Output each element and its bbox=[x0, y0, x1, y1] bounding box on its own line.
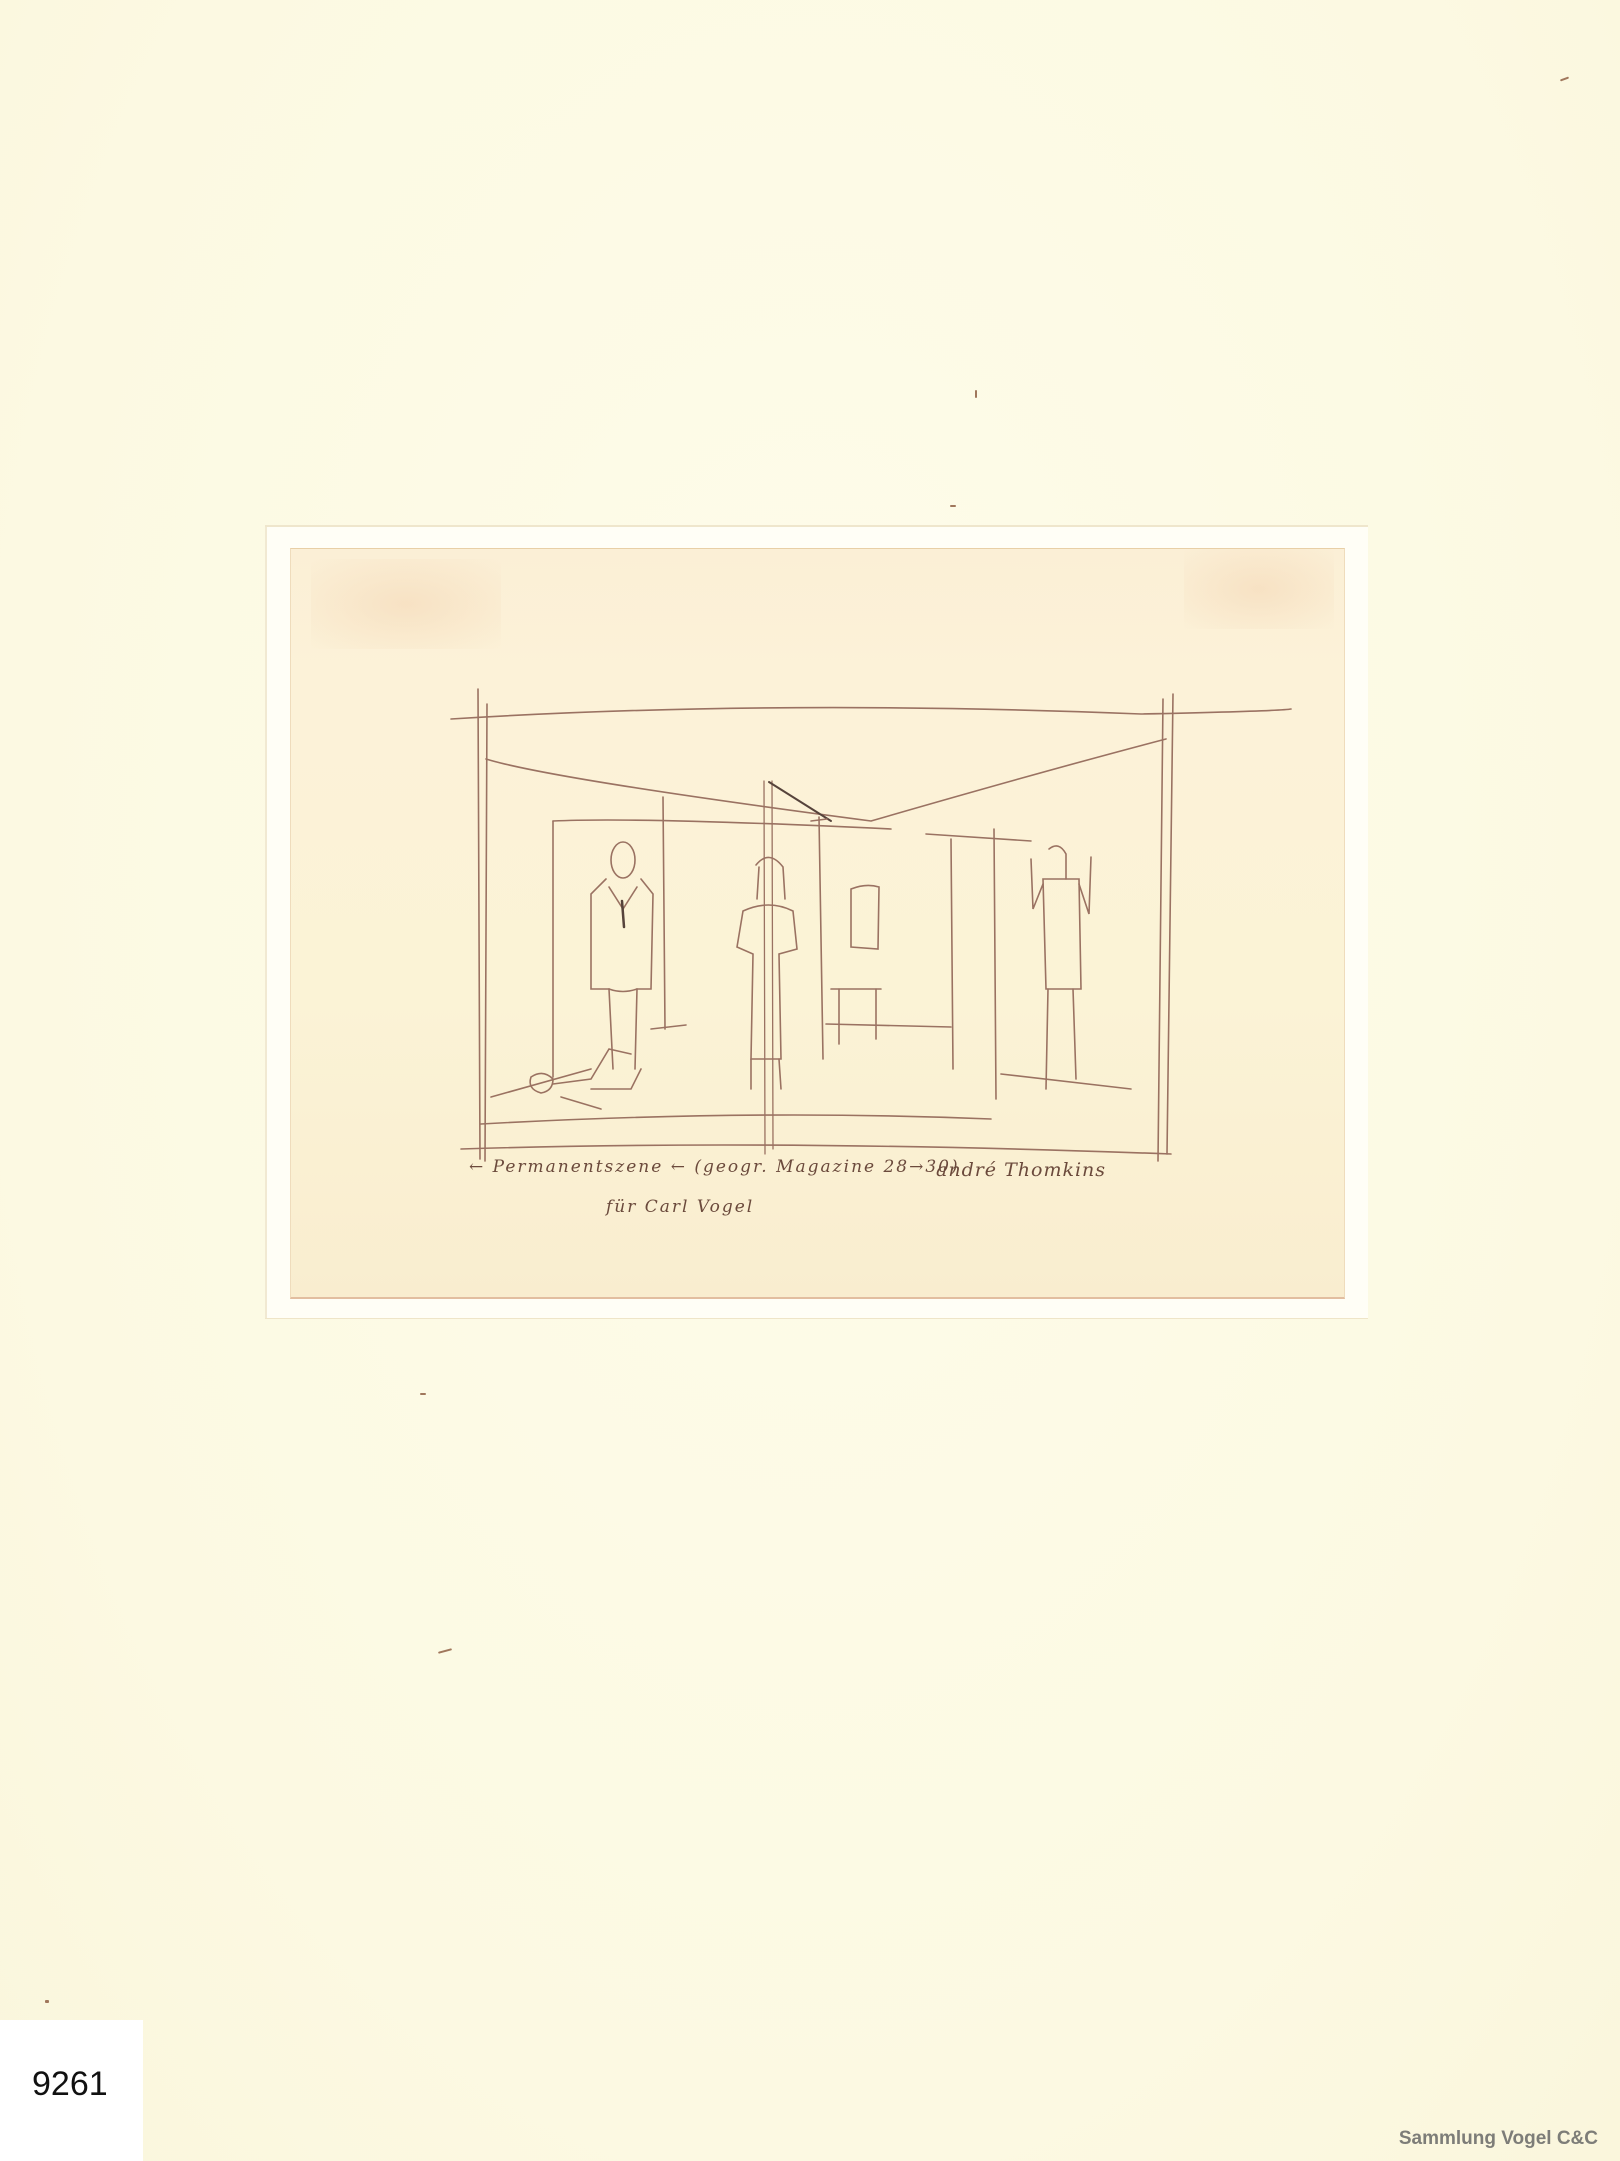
speck bbox=[420, 1393, 426, 1395]
speck bbox=[438, 1648, 452, 1654]
mat-board: ← Permanentszene ← (geogr. Magazine 28→3… bbox=[0, 0, 1620, 2161]
speck bbox=[950, 505, 956, 507]
accession-number: 9261 bbox=[32, 2065, 108, 2104]
pen-drawing bbox=[291, 549, 1344, 1297]
artist-signature: andré Thomkins bbox=[936, 1159, 1106, 1181]
collection-watermark: Sammlung Vogel C&C bbox=[1399, 2128, 1598, 2150]
speck bbox=[1560, 77, 1569, 82]
inscription-dedication: für Carl Vogel bbox=[606, 1197, 754, 1217]
artwork-paper: ← Permanentszene ← (geogr. Magazine 28→3… bbox=[290, 548, 1345, 1299]
speck bbox=[45, 2000, 49, 2003]
inscription-title: ← Permanentszene ← (geogr. Magazine 28→3… bbox=[469, 1157, 960, 1177]
speck bbox=[975, 390, 977, 398]
